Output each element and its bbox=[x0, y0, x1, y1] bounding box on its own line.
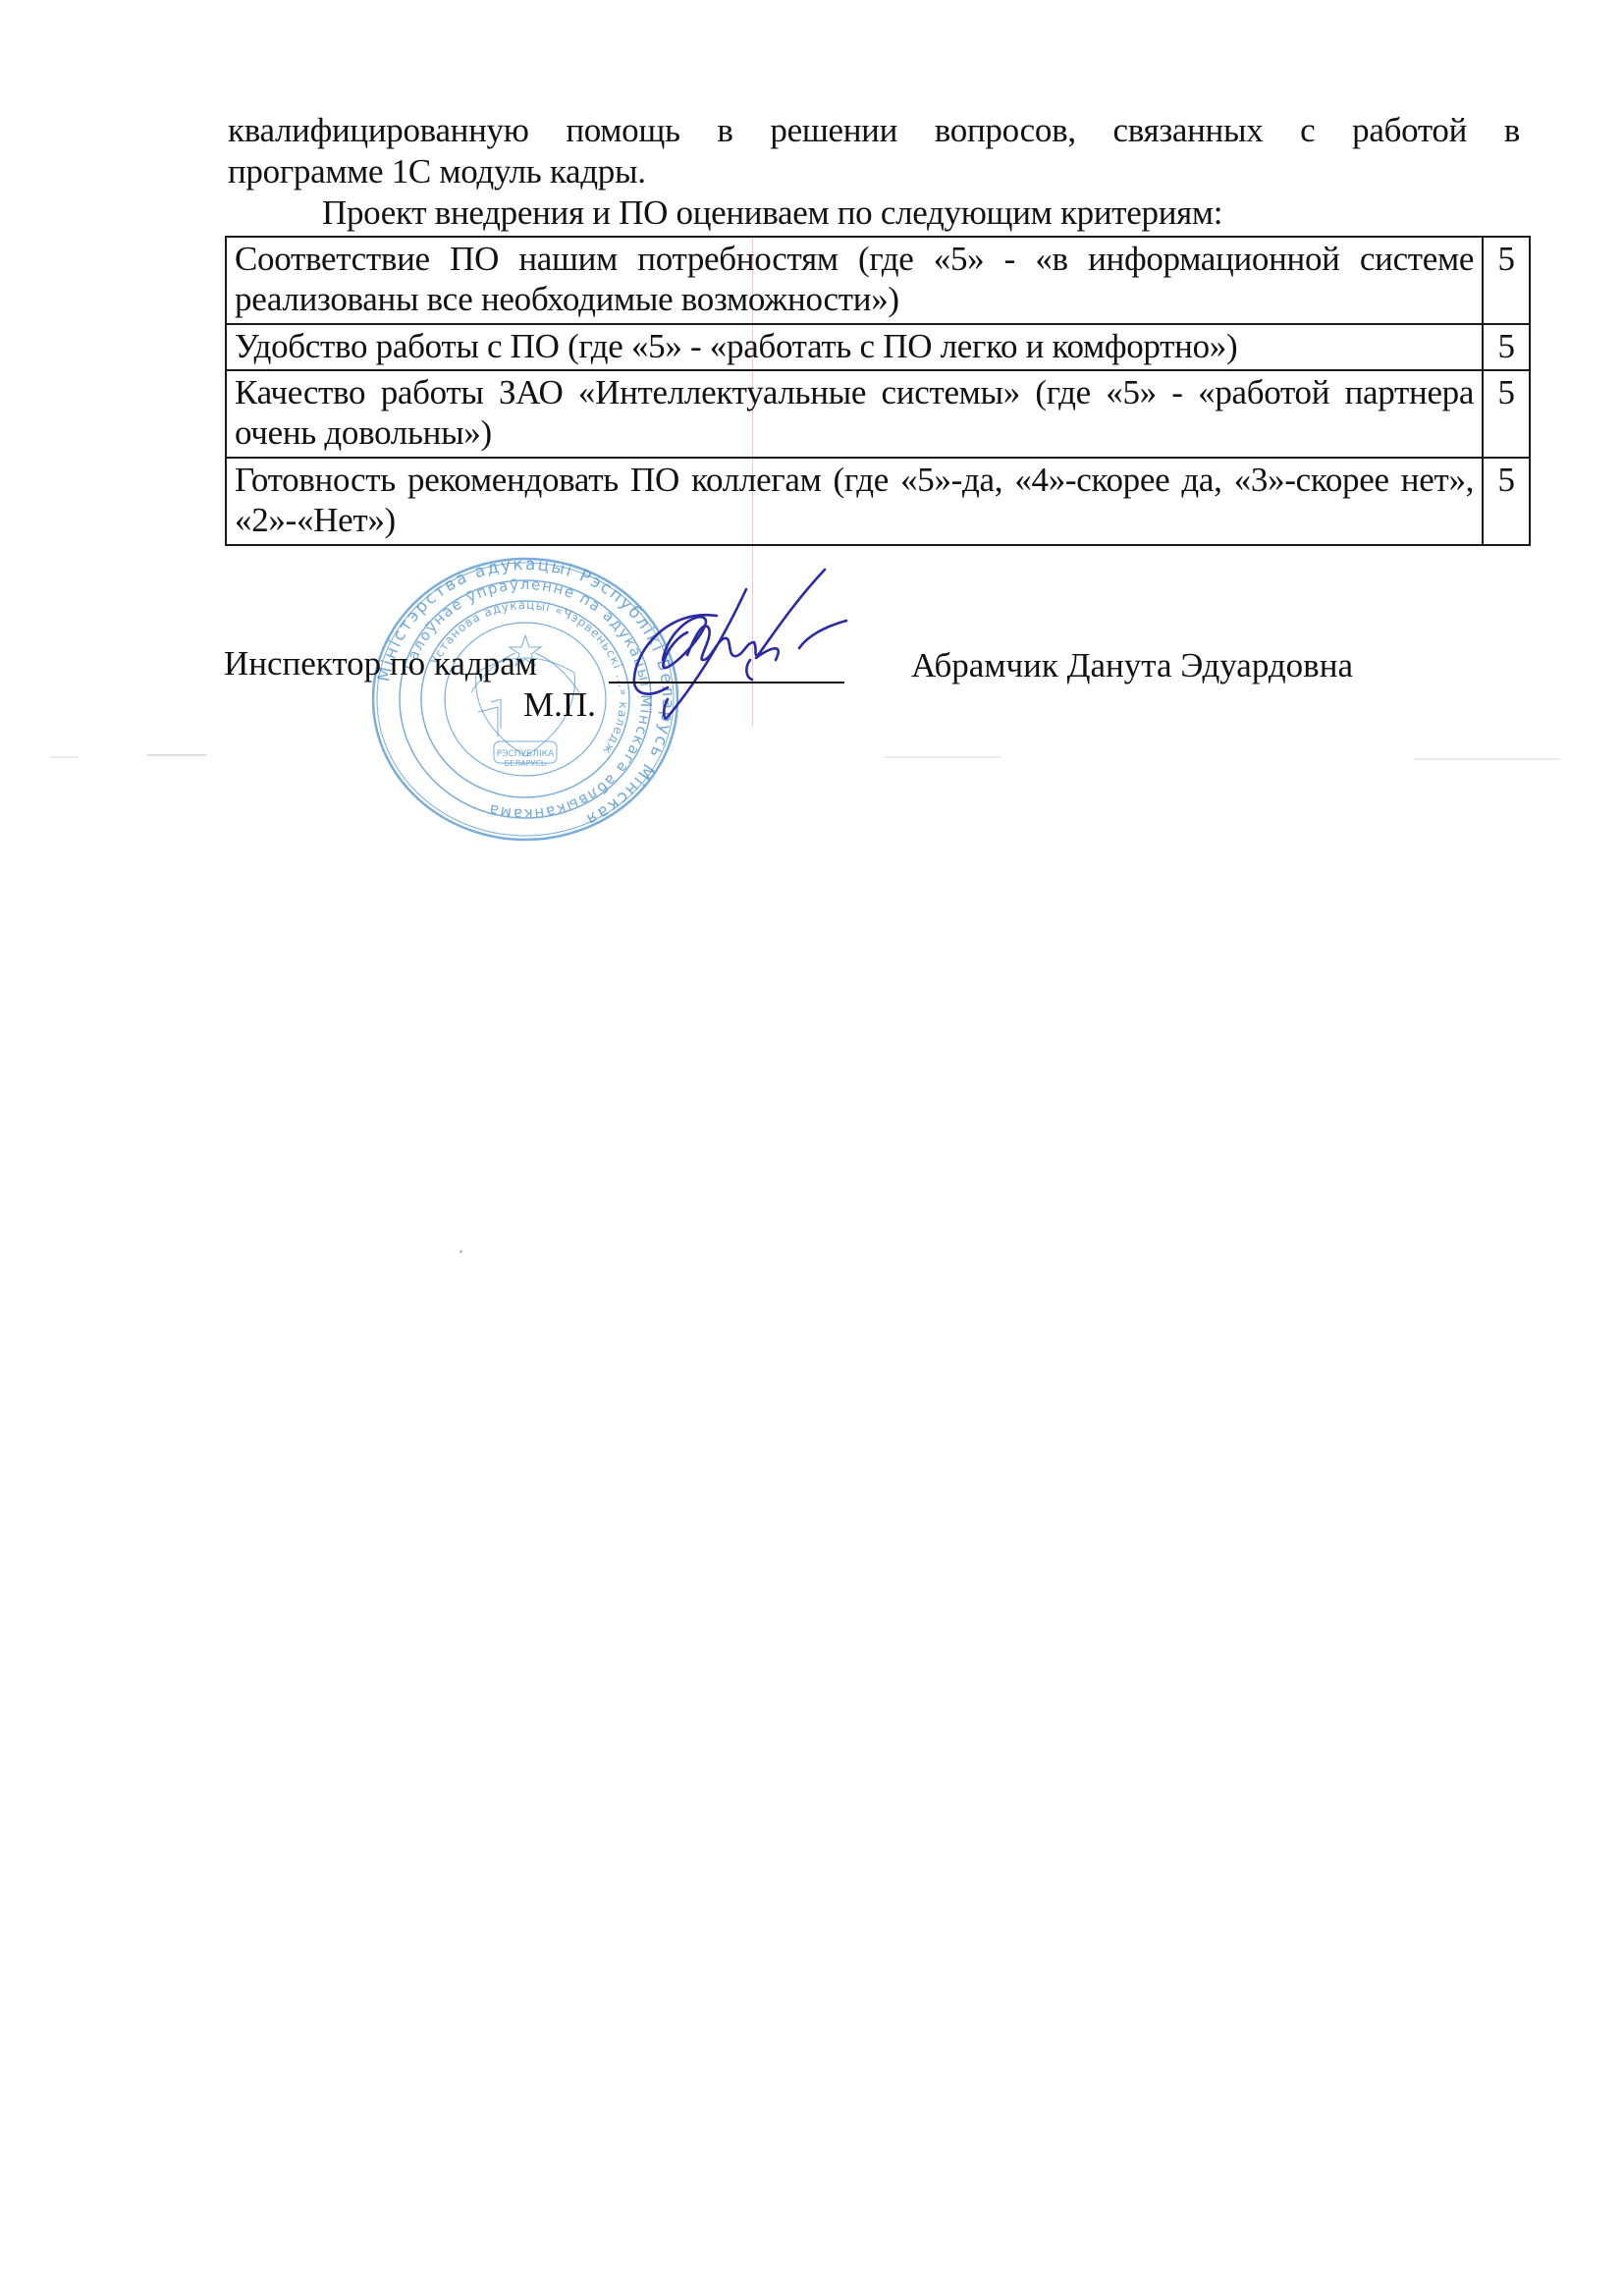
paragraph-1-line-2: программе 1С модуль кадры. bbox=[228, 151, 1520, 192]
signatory-name: Абрамчик Данута Эдуардовна bbox=[911, 645, 1353, 686]
scan-artifact bbox=[884, 756, 1001, 758]
score-cell: 5 bbox=[1483, 324, 1530, 370]
criterion-cell: Соответствие ПО нашим потребностям (где … bbox=[226, 237, 1483, 324]
svg-text:РЭСПУБЛІКА: РЭСПУБЛІКА bbox=[497, 749, 555, 759]
paragraph-1-line-1: квалифицированную помощь в решении вопро… bbox=[228, 110, 1520, 151]
scan-artifact bbox=[460, 1250, 462, 1253]
scan-artifact bbox=[147, 754, 206, 756]
handwritten-signature-icon bbox=[628, 562, 864, 738]
table-row: Готовность рекомендовать ПО коллегам (гд… bbox=[226, 458, 1530, 545]
score-cell: 5 bbox=[1483, 458, 1530, 545]
criteria-table: Соответствие ПО нашим потребностям (где … bbox=[225, 236, 1531, 546]
paragraph-2-intro: Проект внедрения и ПО оцениваем по следу… bbox=[322, 192, 1500, 234]
table-row: Качество работы ЗАО «Интеллектуальные си… bbox=[226, 370, 1530, 458]
svg-text:БЕЛАРУСЬ: БЕЛАРУСЬ bbox=[505, 759, 547, 768]
table-row: Удобство работы с ПО (где «5» - «работат… bbox=[226, 324, 1530, 370]
document-page: квалифицированную помощь в решении вопро… bbox=[0, 0, 1623, 2296]
criterion-cell: Удобство работы с ПО (где «5» - «работат… bbox=[226, 324, 1483, 370]
score-cell: 5 bbox=[1483, 237, 1530, 324]
signatory-position: Инспектор по кадрам bbox=[224, 643, 537, 684]
criterion-cell: Готовность рекомендовать ПО коллегам (гд… bbox=[226, 458, 1483, 545]
scan-artifact bbox=[1414, 758, 1561, 760]
signature-line bbox=[609, 682, 844, 683]
scan-artifact bbox=[49, 756, 79, 758]
criterion-cell: Качество работы ЗАО «Интеллектуальные си… bbox=[226, 370, 1483, 458]
score-cell: 5 bbox=[1483, 370, 1530, 458]
table-row: Соответствие ПО нашим потребностям (где … bbox=[226, 237, 1530, 324]
stamp-place-label: М.П. bbox=[523, 684, 596, 726]
